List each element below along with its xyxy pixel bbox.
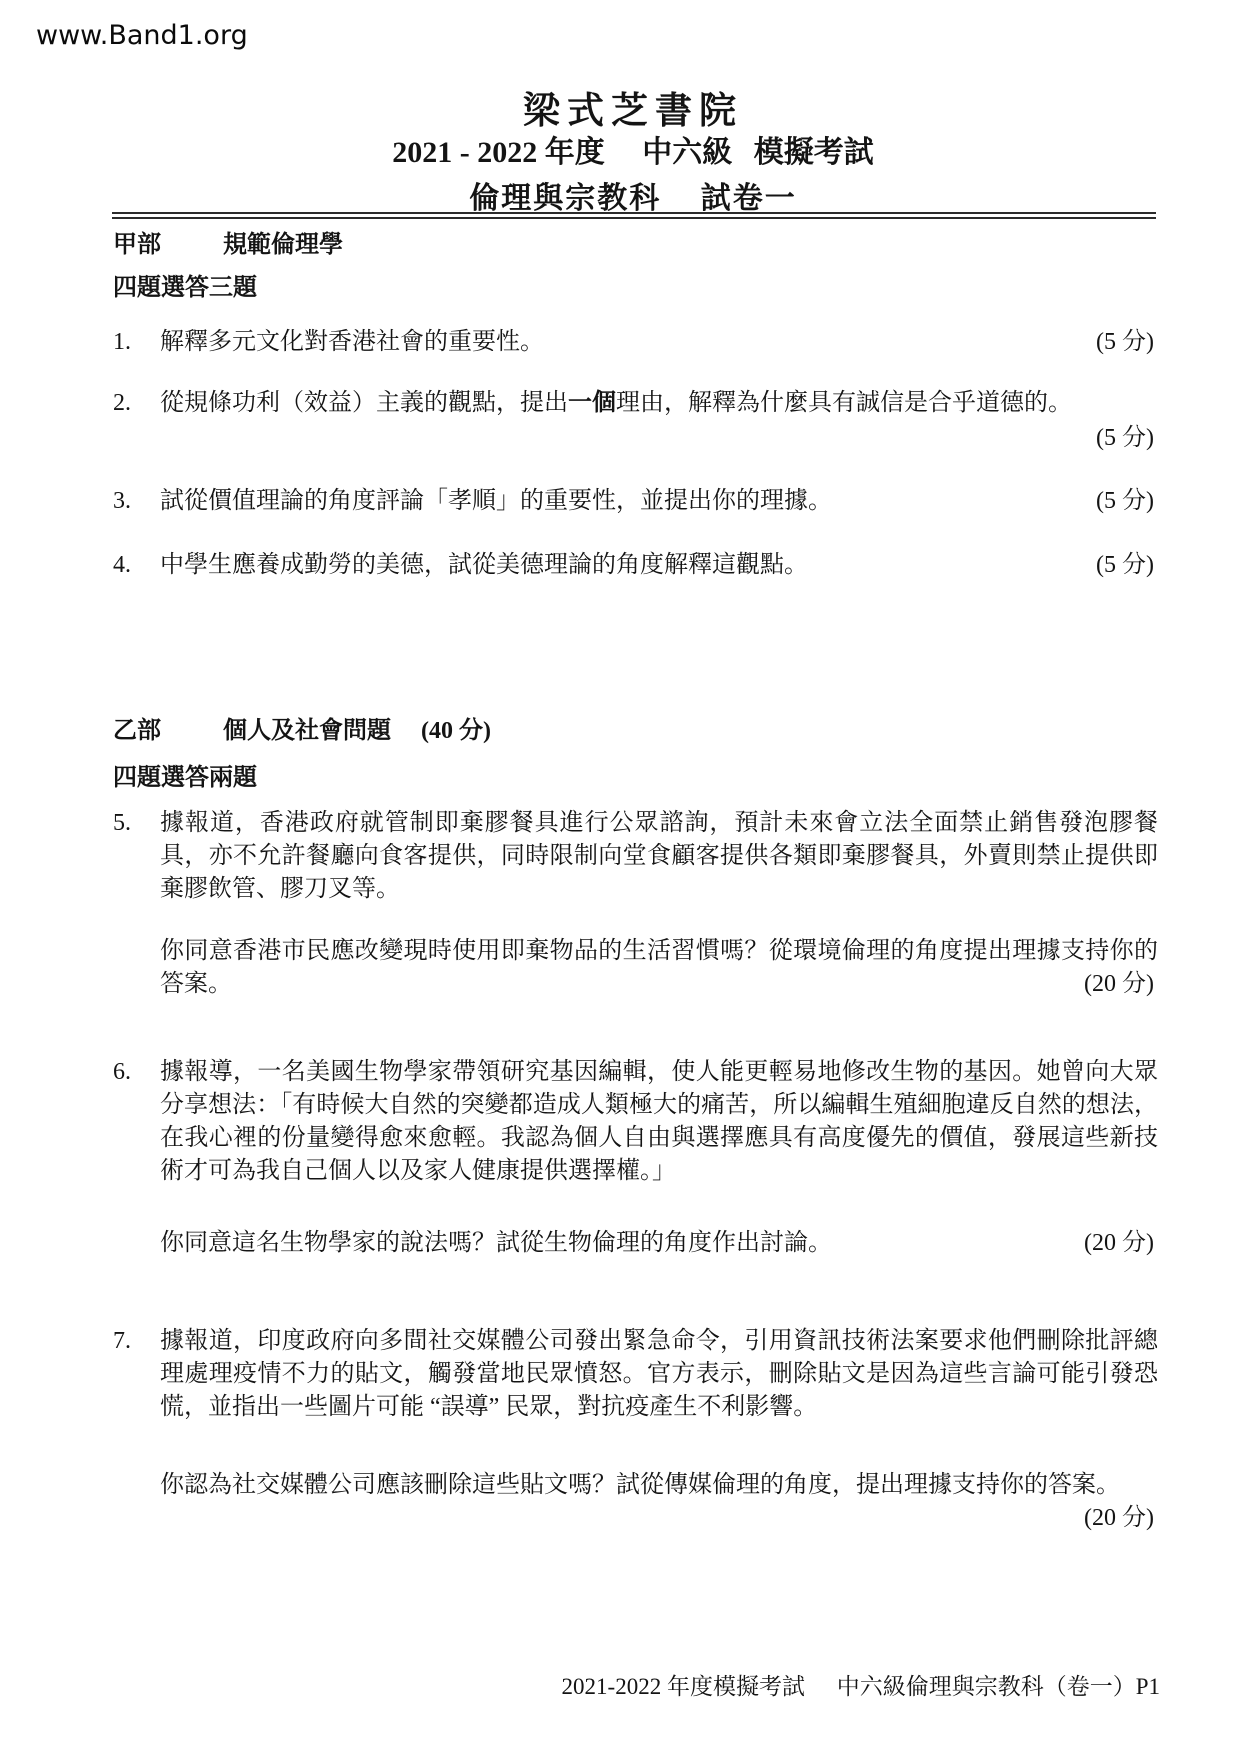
footer-exam-info: 2021-2022 年度模擬考試 <box>562 1674 805 1699</box>
section-b-marks: (40 分) <box>421 718 491 744</box>
question-7-statement: 據報道，印度政府向多間社交媒體公司發出緊急命令，引用資訊技術法案要求他們刪除批評… <box>160 1325 1158 1424</box>
question-3: 3. 試從價值理論的角度評論「孝順」的重要性，並提出你的理據。 (5 分) <box>113 485 1158 518</box>
question-4-marks: (5 分) <box>1096 549 1154 582</box>
question-6-ask: 你同意這名生物學家的說法嗎？試從生物倫理的角度作出討論。 (20 分) <box>113 1227 1158 1260</box>
question-3-marks: (5 分) <box>1096 485 1154 518</box>
section-a-label: 甲部 <box>113 232 161 258</box>
section-a-instruction: 四題選答三題 <box>113 267 257 302</box>
page-footer: 2021-2022 年度模擬考試 中六級倫理與宗教科（卷一）P1 <box>562 1668 1160 1701</box>
question-2: 2. 從規條功利（效益）主義的觀點，提出一個理由，解釋為什麼具有誠信是合乎道德的… <box>113 387 1158 420</box>
question-6-statement: 據報導，一名美國生物學家帶領研究基因編輯，使人能更輕易地修改生物的基因。她曾向大… <box>160 1056 1158 1188</box>
question-5-number: 5. <box>113 807 131 840</box>
subject-line: 倫理與宗教科 試卷一 <box>110 173 1156 217</box>
section-b-title: 個人及社會問題 <box>223 718 391 744</box>
exam-title-line: 2021 - 2022 年度 中六級 模擬考試 <box>110 127 1156 171</box>
class-level: 中六級 <box>642 136 732 169</box>
question-2-text-before: 從規條功利（效益）主義的觀點，提出 <box>160 390 568 416</box>
question-1: 1. 解釋多元文化對香港社會的重要性。 (5 分) <box>113 326 1158 359</box>
question-6-number: 6. <box>113 1056 131 1089</box>
section-a-title: 規範倫理學 <box>223 232 343 258</box>
question-7-marks: (20 分) <box>1084 1502 1154 1535</box>
subject-name: 倫理與宗教科 <box>469 182 661 215</box>
section-a-header: 甲部 規範倫理學 <box>113 224 343 259</box>
question-7: 7. 據報道，印度政府向多間社交媒體公司發出緊急命令，引用資訊技術法案要求他們刪… <box>113 1325 1158 1424</box>
question-5-marks: (20 分) <box>1084 968 1154 1001</box>
section-b-header: 乙部 個人及社會問題 (40 分) <box>113 710 491 745</box>
question-2-marks: (5 分) <box>1096 422 1154 455</box>
question-6-marks: (20 分) <box>1084 1227 1154 1260</box>
question-7-ask: 你認為社交媒體公司應該刪除這些貼文嗎？試從傳媒倫理的角度，提出理據支持你的答案。 <box>113 1469 1158 1502</box>
exam-type: 模擬考試 <box>754 136 874 169</box>
question-2-text-after: 理由，解釋為什麼具有誠信是合乎道德的。 <box>616 390 1072 416</box>
question-6-question: 你同意這名生物學家的說法嗎？試從生物倫理的角度作出討論。 <box>160 1227 1158 1260</box>
question-4: 4. 中學生應養成勤勞的美德，試從美德理論的角度解釋這觀點。 (5 分) <box>113 549 1158 582</box>
year-term: 2021 - 2022 年度 <box>392 136 605 169</box>
question-1-text: 解釋多元文化對香港社會的重要性。 <box>160 326 1158 359</box>
question-5-question: 你同意香港市民應改變現時使用即棄物品的生活習慣嗎？從環境倫理的角度提出理據支持你… <box>160 935 1158 1001</box>
question-4-text: 中學生應養成勤勞的美德，試從美德理論的角度解釋這觀點。 <box>160 549 1158 582</box>
question-1-number: 1. <box>113 326 131 359</box>
question-7-number: 7. <box>113 1325 131 1358</box>
question-5: 5. 據報道，香港政府就管制即棄膠餐具進行公眾諮詢，預計未來會立法全面禁止銷售發… <box>113 807 1158 906</box>
school-name: 梁式芝書院 <box>110 80 1156 134</box>
question-5-statement: 據報道，香港政府就管制即棄膠餐具進行公眾諮詢，預計未來會立法全面禁止銷售發泡膠餐… <box>160 807 1158 906</box>
section-b-label: 乙部 <box>113 718 161 744</box>
double-rule-divider <box>112 212 1156 219</box>
question-1-marks: (5 分) <box>1096 326 1154 359</box>
section-b-instruction: 四題選答兩題 <box>113 757 257 792</box>
question-2-text: 從規條功利（效益）主義的觀點，提出一個理由，解釋為什麼具有誠信是合乎道德的。 <box>160 387 1158 420</box>
watermark-url: www.Band1.org <box>36 20 248 51</box>
question-4-number: 4. <box>113 549 131 582</box>
question-3-number: 3. <box>113 485 131 518</box>
question-2-number: 2. <box>113 387 131 420</box>
question-7-question: 你認為社交媒體公司應該刪除這些貼文嗎？試從傳媒倫理的角度，提出理據支持你的答案。 <box>160 1469 1158 1502</box>
footer-subject-page: 中六級倫理與宗教科（卷一）P1 <box>837 1674 1160 1699</box>
question-3-text: 試從價值理論的角度評論「孝順」的重要性，並提出你的理據。 <box>160 485 1158 518</box>
question-5-ask: 你同意香港市民應改變現時使用即棄物品的生活習慣嗎？從環境倫理的角度提出理據支持你… <box>113 935 1158 1001</box>
question-2-text-bold: 一個 <box>568 390 616 416</box>
exam-paper-page: www.Band1.org 梁式芝書院 2021 - 2022 年度 中六級 模… <box>0 0 1240 1754</box>
paper-number: 試卷一 <box>701 182 797 215</box>
question-6: 6. 據報導，一名美國生物學家帶領研究基因編輯，使人能更輕易地修改生物的基因。她… <box>113 1056 1158 1188</box>
